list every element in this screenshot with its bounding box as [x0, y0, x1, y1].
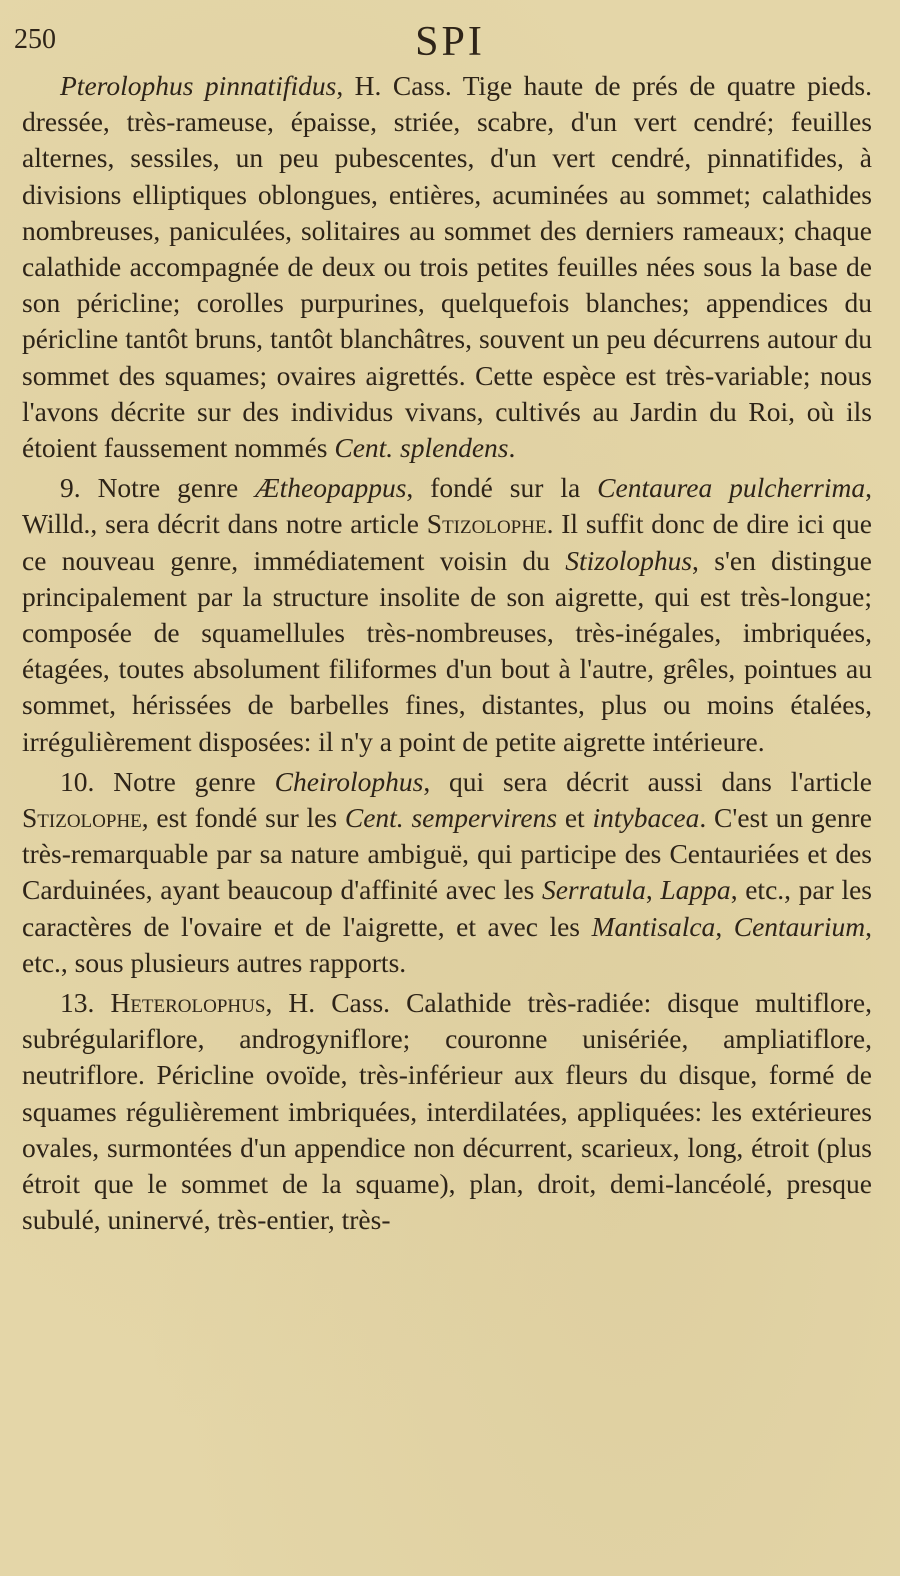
italic-term: Mantisalca [592, 911, 716, 942]
text-run: et [557, 802, 592, 833]
italic-term: Ætheopappus [255, 472, 406, 503]
italic-term: intybacea [592, 802, 699, 833]
page-header: 250 SPI [0, 18, 900, 68]
italic-term: Centaurea pulcherrima [597, 472, 865, 503]
small-caps-term: Stizolophe [427, 508, 547, 539]
text-run: , [715, 911, 733, 942]
text-run: 9. Notre genre [60, 472, 255, 503]
italic-term: Cent. splendens [334, 432, 508, 463]
body-text: Pterolophus pinnatifidus, H. Cass. Tige … [22, 68, 872, 1239]
small-caps-term: Stizolophe [22, 802, 142, 833]
italic-term: Centaurium [734, 911, 865, 942]
italic-term: Stizolophus [565, 545, 692, 576]
paragraph-section-13: 13. Heterolophus, H. Cass. Calathide trè… [22, 985, 872, 1238]
italic-term: Serratula [542, 874, 646, 905]
document-page: 250 SPI Pterolophus pinnatifidus, H. Cas… [0, 0, 900, 1576]
text-run: , s'en distingue principalement par la s… [22, 545, 872, 757]
italic-term: Lappa [660, 874, 730, 905]
text-run: , fondé sur la [406, 472, 597, 503]
text-run: 13. [60, 987, 110, 1018]
italic-term: Cent. sempervirens [345, 802, 557, 833]
text-run: 10. Notre genre [60, 766, 275, 797]
italic-term: Pterolophus pinnatifidus [60, 70, 336, 101]
small-caps-term: Heterolophus [110, 987, 265, 1018]
paragraph-pterolophus: Pterolophus pinnatifidus, H. Cass. Tige … [22, 68, 872, 466]
paragraph-section-10: 10. Notre genre Cheirolophus, qui sera d… [22, 764, 872, 981]
text-run: , H. Cass. Tige haute de prés de quatre … [22, 70, 872, 463]
text-run: , [646, 874, 661, 905]
paragraph-section-9: 9. Notre genre Ætheopappus, fondé sur la… [22, 470, 872, 760]
text-run: , H. Cass. Calathide très-radiée: disque… [22, 987, 872, 1235]
text-run: , qui sera décrit aussi dans l'article [423, 766, 872, 797]
text-run: . [509, 432, 516, 463]
italic-term: Cheirolophus [275, 766, 424, 797]
running-head: SPI [0, 18, 900, 66]
text-run: , est fondé sur les [142, 802, 345, 833]
